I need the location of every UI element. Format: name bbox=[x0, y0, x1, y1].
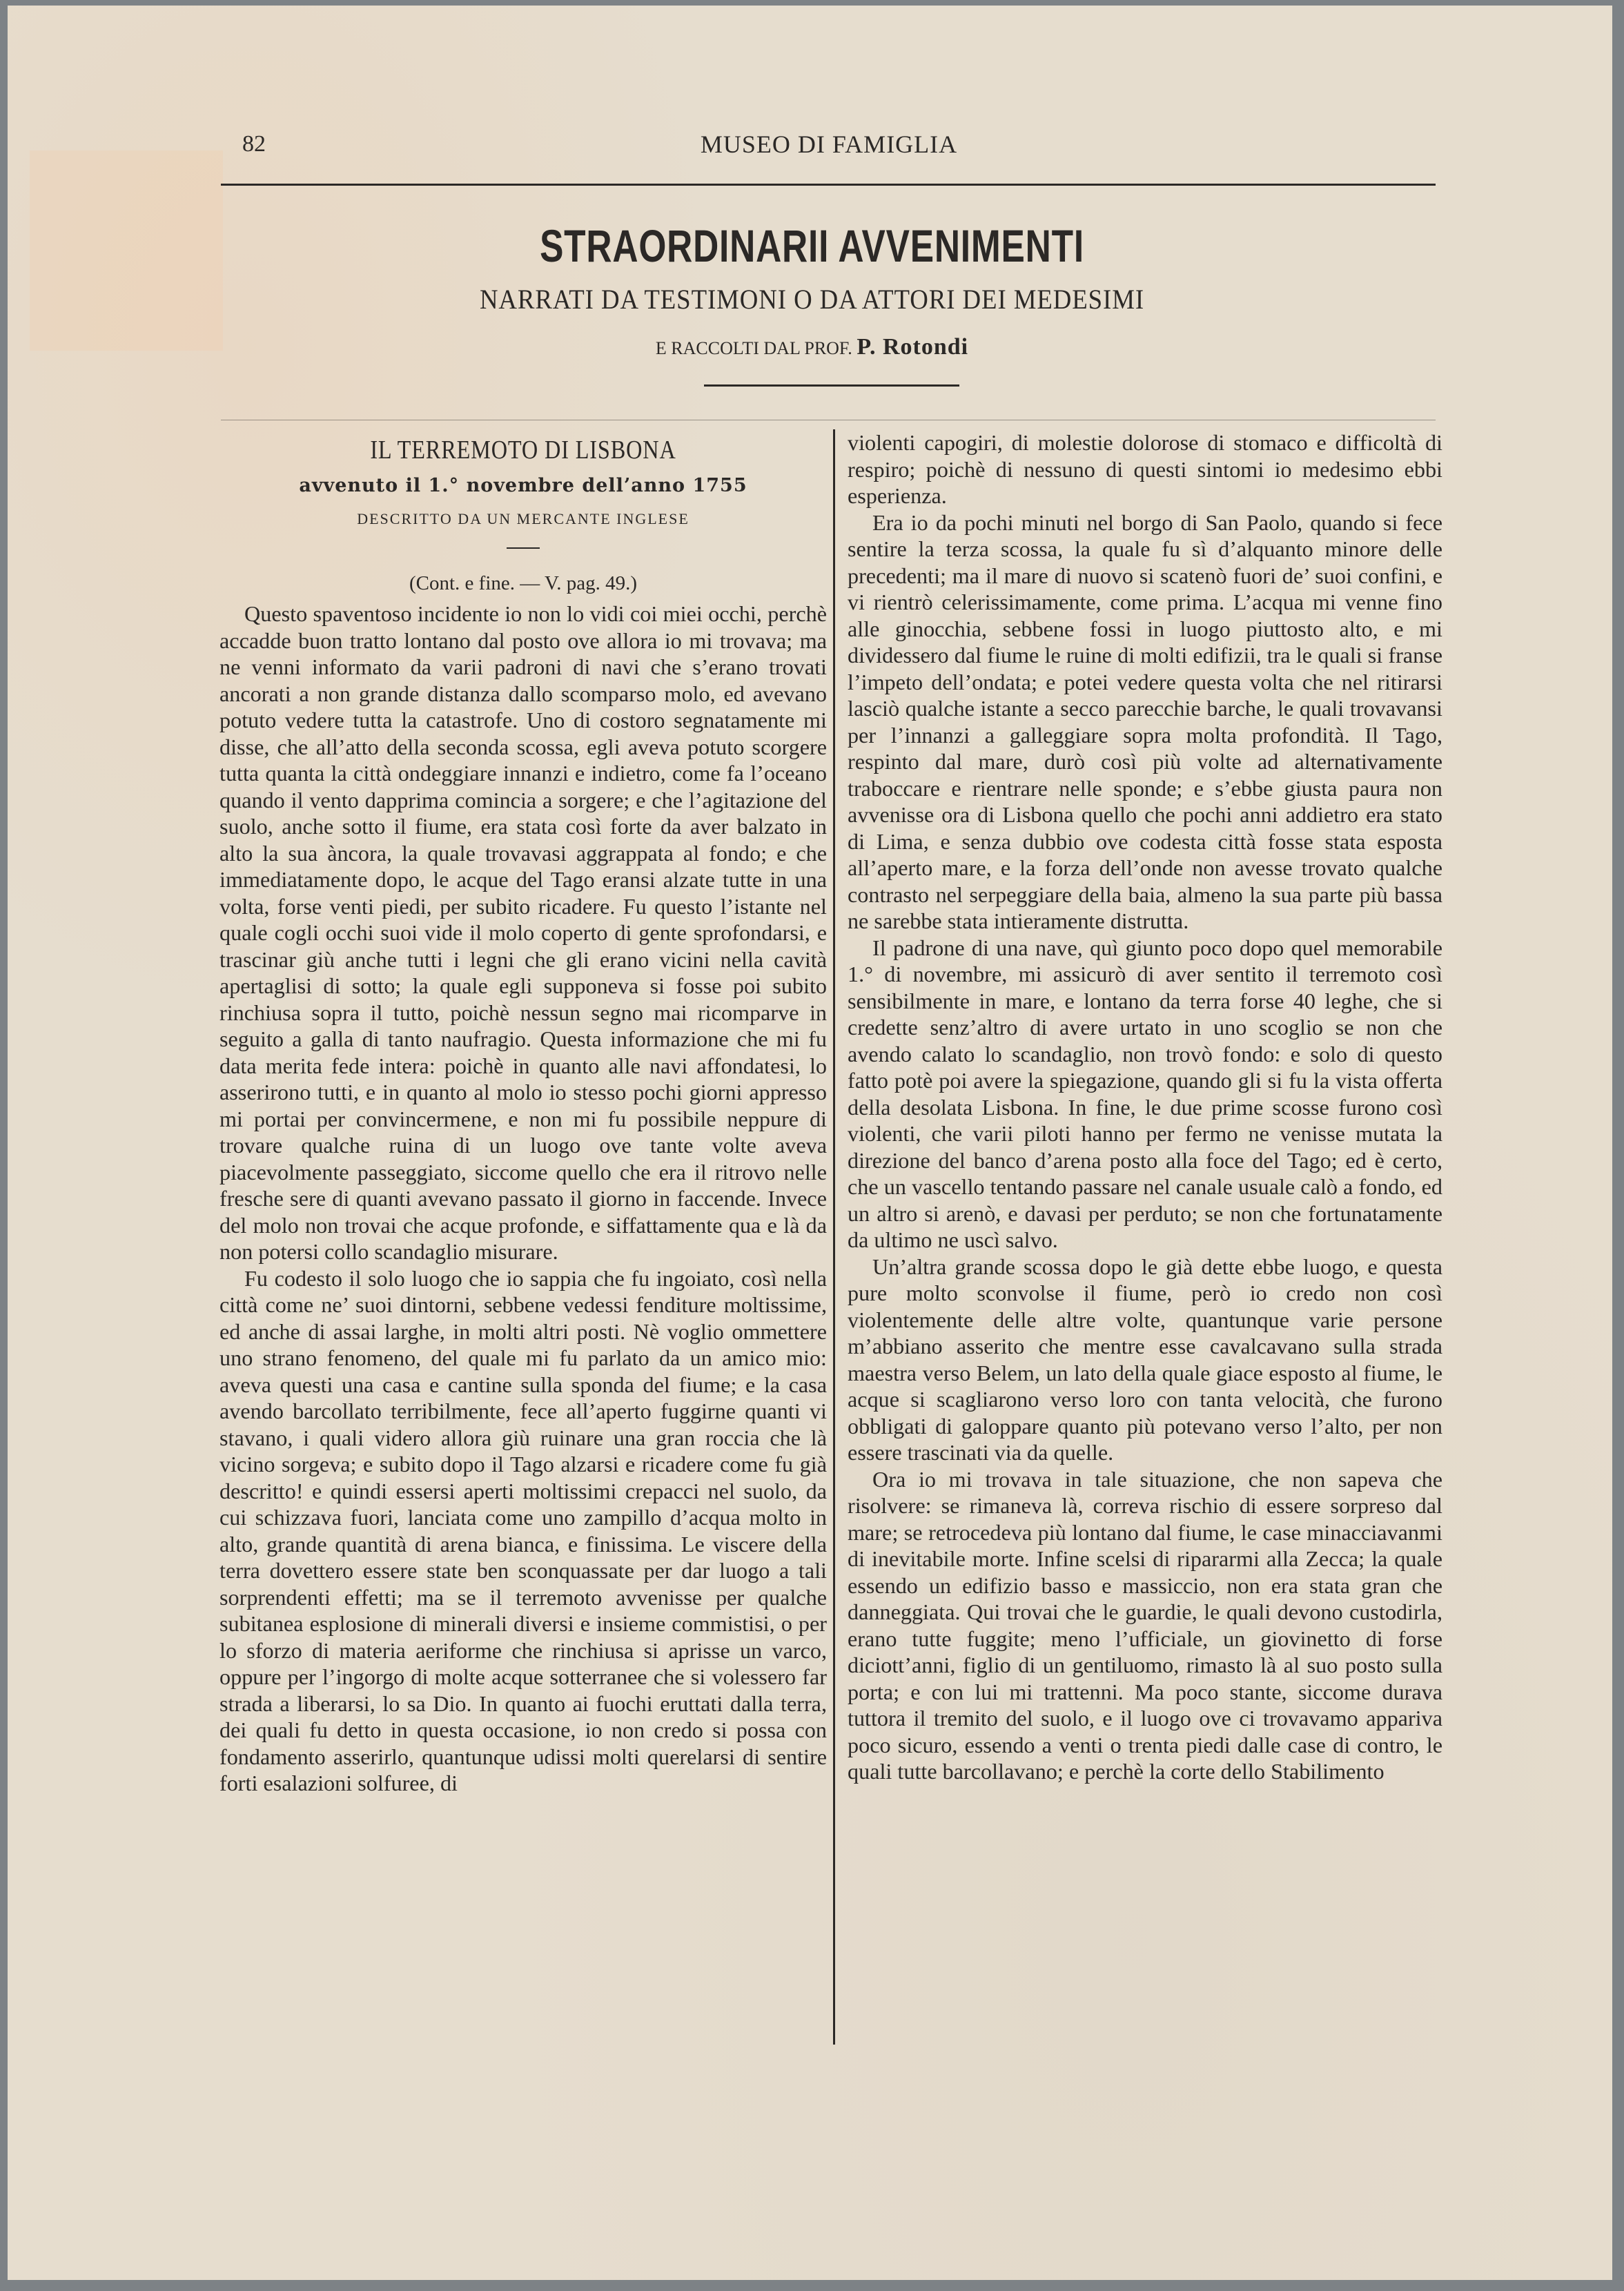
masthead-rule bbox=[704, 384, 959, 387]
article-subtitle: avvenuto il 1.° novembre dell’anno 1755 bbox=[219, 475, 827, 496]
right-column-text: violenti capogiri, di molestie dolorose … bbox=[848, 429, 1442, 1785]
paragraph: violenti capogiri, di molestie dolorose … bbox=[848, 429, 1442, 509]
paragraph: Il padrone di una nave, quì giunto poco … bbox=[848, 935, 1442, 1254]
paragraph: Era io da pochi minuti nel borgo di San … bbox=[848, 509, 1442, 935]
article-rule bbox=[507, 547, 540, 549]
left-column-text: Questo spaventoso incidente io non lo vi… bbox=[219, 601, 827, 1797]
byline-author: P. Rotondi bbox=[857, 334, 968, 360]
masthead-title: STRAORDINARII AVVENIMENTI bbox=[179, 220, 1445, 272]
article-title: IL TERREMOTO DI LISBONA bbox=[265, 435, 781, 465]
article-description: DESCRITTO DA UN MERCANTE INGLESE bbox=[219, 510, 827, 528]
header-rule bbox=[221, 184, 1436, 186]
right-column: violenti capogiri, di molestie dolorose … bbox=[848, 429, 1442, 1785]
byline-prefix: E RACCOLTI DAL PROF. bbox=[656, 338, 852, 358]
paragraph: Ora io mi trovava in tale situazione, ch… bbox=[848, 1466, 1442, 1785]
paragraph: Questo spaventoso incidente io non lo vi… bbox=[219, 601, 827, 1265]
paragraph: Un’altra grande scossa dopo le già dette… bbox=[848, 1254, 1442, 1466]
masthead-subtitle: NARRATI DA TESTIMONI O DA ATTORI DEI MED… bbox=[65, 283, 1559, 315]
column-divider bbox=[833, 429, 835, 2045]
paragraph: Fu codesto il solo luogo che io sappia c… bbox=[219, 1265, 827, 1797]
continuation-note: (Cont. e fine. — V. pag. 49.) bbox=[219, 572, 827, 595]
journal-title: MUSEO DI FAMIGLIA bbox=[8, 130, 1624, 159]
left-column: IL TERREMOTO DI LISBONA avvenuto il 1.° … bbox=[219, 428, 827, 1797]
running-header: 82 MUSEO DI FAMIGLIA bbox=[8, 128, 1612, 163]
section-rule bbox=[221, 420, 1436, 420]
masthead-byline: E RACCOLTI DAL PROF. P. Rotondi bbox=[0, 334, 1624, 360]
